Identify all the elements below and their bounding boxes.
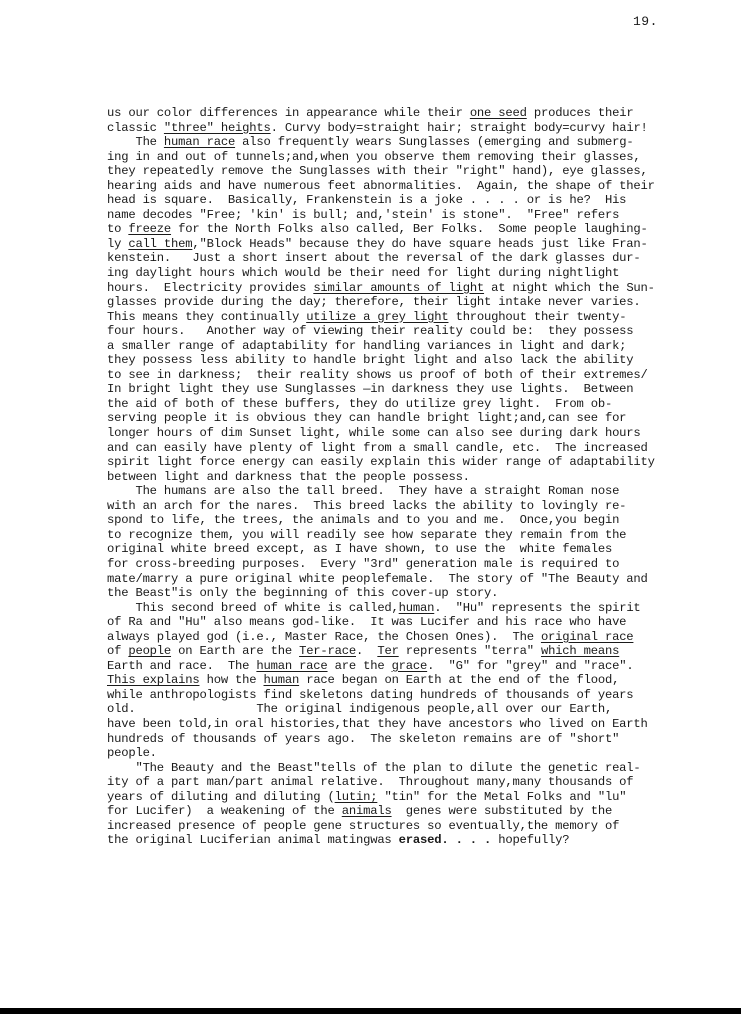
underlined-text: people [128, 644, 171, 658]
text-line: hours. Electricity provides similar amou… [107, 281, 672, 296]
text-segment: ly [107, 237, 128, 251]
text-segment: hearing aids and have numerous feet abno… [107, 179, 655, 193]
text-line: old. The original indigenous people,all … [107, 702, 672, 717]
text-line: they possess less ability to handle brig… [107, 353, 672, 368]
text-segment: on Earth are the [171, 644, 299, 658]
text-line: original white breed except, as I have s… [107, 542, 672, 557]
text-segment: ity of a part man/part animal relative. … [107, 775, 633, 789]
text-segment: hundreds of thousands of years ago. The … [107, 732, 619, 746]
text-line: "The Beauty and the Beast"tells of the p… [107, 761, 672, 776]
text-line: This second breed of white is called,hum… [107, 601, 672, 616]
text-segment: This means they continually [107, 310, 306, 324]
text-segment: This second breed of white is called, [107, 601, 399, 615]
text-segment: they possess less ability to handle brig… [107, 353, 633, 367]
text-line: of Ra and "Hu" also means god-like. It w… [107, 615, 672, 630]
text-line: classic "three" heights. Curvy body=stra… [107, 121, 672, 136]
underlined-text: similar amounts of light [313, 281, 484, 295]
text-segment: are the [328, 659, 392, 673]
text-line: four hours. Another way of viewing their… [107, 324, 672, 339]
text-segment: between light and darkness that the peop… [107, 470, 470, 484]
text-line: The humans are also the tall breed. They… [107, 484, 672, 499]
text-line: to freeze for the North Folks also calle… [107, 222, 672, 237]
underlined-text: "three" heights [164, 121, 271, 135]
underlined-text: This explains [107, 673, 199, 687]
text-line: This explains how the human race began o… [107, 673, 672, 688]
text-segment: of [107, 644, 128, 658]
underlined-text: human [264, 673, 300, 687]
text-segment: kenstein. Just a short insert about the … [107, 251, 641, 265]
text-segment: spirit light force energy can easily exp… [107, 455, 655, 469]
text-line: years of diluting and diluting (lutin; "… [107, 790, 672, 805]
text-segment: head is square. Basically, Frankenstein … [107, 193, 626, 207]
text-segment: . "Hu" represents the spirit [434, 601, 640, 615]
text-segment: name decodes "Free; 'kin' is bull; and,'… [107, 208, 619, 222]
text-line: a smaller range of adaptability for hand… [107, 339, 672, 354]
underlined-text: lutin; [335, 790, 378, 804]
text-segment: us our color differences in appearance w… [107, 106, 470, 120]
underlined-text: freeze [128, 222, 171, 236]
text-line: to recognize them, you will readily see … [107, 528, 672, 543]
text-line: and can easily have plenty of light from… [107, 441, 672, 456]
text-line: The human race also frequently wears Sun… [107, 135, 672, 150]
text-segment: for the North Folks also called, Ber Fol… [171, 222, 648, 236]
text-line: hearing aids and have numerous feet abno… [107, 179, 672, 194]
text-line: the aid of both of these buffers, they d… [107, 397, 672, 412]
text-segment: have been told,in oral histories,that th… [107, 717, 648, 731]
underlined-text: original race [541, 630, 633, 644]
text-line: kenstein. Just a short insert about the … [107, 251, 672, 266]
text-segment: with an arch for the nares. This breed l… [107, 499, 626, 513]
text-line: This means they continually utilize a gr… [107, 310, 672, 325]
text-segment: "The Beauty and the Beast"tells of the p… [107, 761, 641, 775]
text-segment: serving people it is obvious they can ha… [107, 411, 626, 425]
text-segment: . "G" for "grey" and "race". [427, 659, 633, 673]
underlined-text: human race [256, 659, 327, 673]
text-line: ity of a part man/part animal relative. … [107, 775, 672, 790]
text-segment: represents "terra" [399, 644, 541, 658]
text-segment: years of diluting and diluting ( [107, 790, 335, 804]
underlined-text: one seed [470, 106, 527, 120]
text-line: hundreds of thousands of years ago. The … [107, 732, 672, 747]
text-segment: hopefully? [491, 833, 569, 847]
text-line: longer hours of dim Sunset light, while … [107, 426, 672, 441]
text-line: ing daylight hours which would be their … [107, 266, 672, 281]
underlined-text: human race [164, 135, 235, 149]
text-segment: race began on Earth at the end of the fl… [299, 673, 619, 687]
underlined-text: human [399, 601, 435, 615]
text-line: In bright light they use Sunglasses —in … [107, 382, 672, 397]
text-segment: ing daylight hours which would be their … [107, 266, 619, 280]
text-segment: glasses provide during the day; therefor… [107, 295, 641, 309]
text-line: ly call them,"Block Heads" because they … [107, 237, 672, 252]
text-segment: people. [107, 746, 157, 760]
text-segment: the aid of both of these buffers, they d… [107, 397, 612, 411]
underlined-text: Ter-race [299, 644, 356, 658]
text-segment: how the [199, 673, 263, 687]
text-segment: produces their [527, 106, 634, 120]
text-segment: Earth and race. The [107, 659, 256, 673]
underlined-text: call them [128, 237, 192, 251]
text-segment: at night which the Sun- [484, 281, 655, 295]
text-segment: ,"Block Heads" because they do have squa… [192, 237, 647, 251]
text-line: increased presence of people gene struct… [107, 819, 672, 834]
text-line: they repeatedly remove the Sunglasses wi… [107, 164, 672, 179]
text-segment: ing in and out of tunnels;and,when you o… [107, 150, 641, 164]
text-segment: hours. Electricity provides [107, 281, 313, 295]
text-line: people. [107, 746, 672, 761]
text-segment: of Ra and "Hu" also means god-like. It w… [107, 615, 626, 629]
text-segment: original white breed except, as I have s… [107, 542, 612, 556]
text-segment: spond to life, the trees, the animals an… [107, 513, 619, 527]
text-line: Earth and race. The human race are the g… [107, 659, 672, 674]
text-line: mate/marry a pure original white peoplef… [107, 572, 672, 587]
text-line: head is square. Basically, Frankenstein … [107, 193, 672, 208]
text-line: ing in and out of tunnels;and,when you o… [107, 150, 672, 165]
text-line: the Beast"is only the beginning of this … [107, 586, 672, 601]
text-segment: . [356, 644, 377, 658]
text-segment: . Curvy body=straight hair; straight bod… [271, 121, 648, 135]
text-segment: to [107, 222, 128, 236]
text-segment: for Lucifer) a weakening of the [107, 804, 342, 818]
text-line: spond to life, the trees, the animals an… [107, 513, 672, 528]
text-segment: while anthropologists find skeletons dat… [107, 688, 633, 702]
text-segment: the Beast"is only the beginning of this … [107, 586, 498, 600]
text-segment: old. The original indigenous people,all … [107, 702, 612, 716]
text-segment: longer hours of dim Sunset light, while … [107, 426, 641, 440]
text-line: for cross-breeding purposes. Every "3rd"… [107, 557, 672, 572]
text-segment: always played god (i.e., Master Race, th… [107, 630, 541, 644]
text-line: spirit light force energy can easily exp… [107, 455, 672, 470]
text-line: name decodes "Free; 'kin' is bull; and,'… [107, 208, 672, 223]
text-line: while anthropologists find skeletons dat… [107, 688, 672, 703]
text-segment: classic [107, 121, 164, 135]
underlined-text: animals [342, 804, 392, 818]
text-line: us our color differences in appearance w… [107, 106, 672, 121]
text-line: always played god (i.e., Master Race, th… [107, 630, 672, 645]
text-line: between light and darkness that the peop… [107, 470, 672, 485]
text-segment: "tin" for the Metal Folks and "lu" [377, 790, 626, 804]
text-line: serving people it is obvious they can ha… [107, 411, 672, 426]
text-segment: to see in darkness; their reality shows … [107, 368, 648, 382]
text-segment: for cross-breeding purposes. Every "3rd"… [107, 557, 619, 571]
text-line: have been told,in oral histories,that th… [107, 717, 672, 732]
text-segment: mate/marry a pure original white peoplef… [107, 572, 648, 586]
text-segment: and can easily have plenty of light from… [107, 441, 648, 455]
text-line: to see in darkness; their reality shows … [107, 368, 672, 383]
text-segment: increased presence of people gene struct… [107, 819, 619, 833]
text-segment: genes were substituted by the [392, 804, 613, 818]
text-segment: a smaller range of adaptability for hand… [107, 339, 626, 353]
text-segment: also frequently wears Sunglasses (emergi… [235, 135, 633, 149]
text-segment: The [107, 135, 164, 149]
document-body: us our color differences in appearance w… [107, 106, 672, 848]
text-segment: to recognize them, you will readily see … [107, 528, 626, 542]
text-line: with an arch for the nares. This breed l… [107, 499, 672, 514]
text-line: for Lucifer) a weakening of the animals … [107, 804, 672, 819]
page-number: 19. [633, 14, 658, 29]
text-line: glasses provide during the day; therefor… [107, 295, 672, 310]
scan-bottom-edge [0, 1008, 741, 1014]
text-line: of people on Earth are the Ter-race. Ter… [107, 644, 672, 659]
text-segment: the original Luciferian animal matingwas [107, 833, 399, 847]
bold-text: erased. . . . [399, 833, 491, 847]
underlined-text: which means [541, 644, 619, 658]
text-segment: The humans are also the tall breed. They… [107, 484, 619, 498]
text-segment: In bright light they use Sunglasses —in … [107, 382, 633, 396]
text-segment: throughout their twenty- [448, 310, 626, 324]
underlined-text: Ter [377, 644, 398, 658]
text-line: the original Luciferian animal matingwas… [107, 833, 672, 848]
underlined-text: grace [392, 659, 428, 673]
underlined-text: utilize a grey light [306, 310, 448, 324]
text-segment: four hours. Another way of viewing their… [107, 324, 633, 338]
text-segment: they repeatedly remove the Sunglasses wi… [107, 164, 648, 178]
